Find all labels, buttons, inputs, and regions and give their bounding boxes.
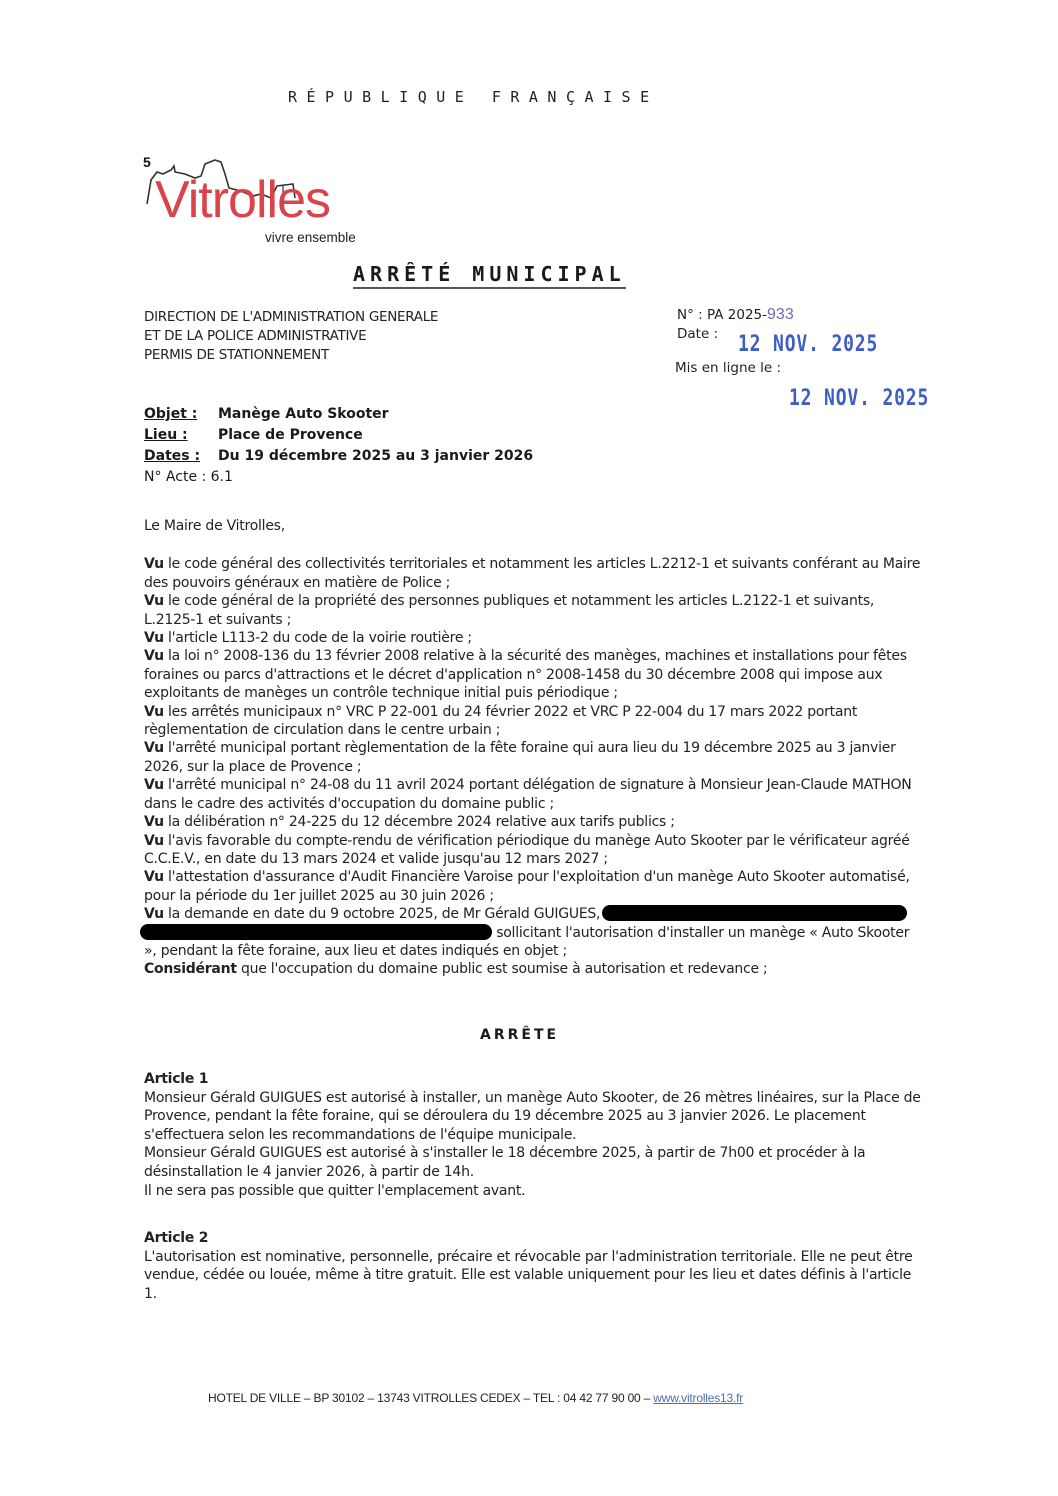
date-stamp: 12 NOV. 2025 xyxy=(738,332,878,357)
online-date-stamp: 12 NOV. 2025 xyxy=(789,386,929,411)
consideration-item: Vu l'arrêté municipal portant règlementa… xyxy=(144,739,924,776)
consideration-item: Vu le code général de la propriété des p… xyxy=(144,592,924,629)
consideration-item: Vu le code général des collectivités ter… xyxy=(144,555,924,592)
consideration-text: le code général de la propriété des pers… xyxy=(144,593,874,627)
consideration-item: Vu la loi n° 2008-136 du 13 février 2008… xyxy=(144,647,924,702)
request-consideration: Vu la demande en date du 9 octobre 2025,… xyxy=(144,905,924,960)
subject-block: Objet :Manège Auto Skooter Lieu :Place d… xyxy=(144,404,533,488)
consideration-lead: Vu xyxy=(144,833,164,849)
redaction-bar xyxy=(140,924,492,940)
consideration-lead: Vu xyxy=(144,704,164,720)
article-1: Article 1 Monsieur Gérald GUIGUES est au… xyxy=(144,1070,924,1200)
consideration-item: Vu l'attestation d'assurance d'Audit Fin… xyxy=(144,868,924,905)
greeting: Le Maire de Vitrolles, xyxy=(144,517,924,535)
article-title: Article 1 xyxy=(144,1070,924,1089)
logo-number: 5 xyxy=(143,154,151,170)
department-line: ET DE LA POLICE ADMINISTRATIVE xyxy=(144,327,438,346)
online-label: Mis en ligne le : xyxy=(675,360,781,376)
acte-number: N° Acte : 6.1 xyxy=(144,467,533,488)
decree-heading: ARRÊTE xyxy=(480,1027,559,1043)
consideration-lead: Vu xyxy=(144,648,164,664)
issuing-department: DIRECTION DE L'ADMINISTRATION GENERALE E… xyxy=(144,308,438,365)
consideration-text: les arrêtés municipaux n° VRC P 22-001 d… xyxy=(144,704,857,738)
article-paragraph: L'autorisation est nominative, personnel… xyxy=(144,1248,924,1304)
consideration-lead: Vu xyxy=(144,906,164,922)
lieu-label: Lieu : xyxy=(144,425,218,446)
dates-label: Dates : xyxy=(144,446,218,467)
redaction-bar xyxy=(602,905,907,921)
consideration-lead: Vu xyxy=(144,869,164,885)
logo-wordmark: Vitrolles xyxy=(155,174,330,226)
considering-text: que l'occupation du domaine public est s… xyxy=(237,961,768,977)
consideration-text: l'avis favorable du compte-rendu de véri… xyxy=(144,833,910,867)
consideration-text: la délibération n° 24-225 du 12 décembre… xyxy=(164,814,675,830)
document-title: ARRÊTÉ MUNICIPAL xyxy=(353,262,626,289)
consideration-text: la demande en date du 9 octobre 2025, de… xyxy=(164,906,600,922)
article-paragraph: Il ne sera pas possible que quitter l'em… xyxy=(144,1182,924,1201)
department-line: PERMIS DE STATIONNEMENT xyxy=(144,346,438,365)
consideration-item: Vu l'arrêté municipal n° 24-08 du 11 avr… xyxy=(144,776,924,813)
consideration-lead: Vu xyxy=(144,814,164,830)
article-2: Article 2 L'autorisation est nominative,… xyxy=(144,1229,924,1303)
objet-value: Manège Auto Skooter xyxy=(218,406,389,422)
preamble: Le Maire de Vitrolles, Vu le code généra… xyxy=(144,517,924,979)
republic-header: RÉPUBLIQUE FRANÇAISE xyxy=(288,88,659,106)
consideration-item: Vu l'article L113-2 du code de la voirie… xyxy=(144,629,924,647)
consideration-lead: Vu xyxy=(144,740,164,756)
consideration-text: l'attestation d'assurance d'Audit Financ… xyxy=(144,869,910,903)
lieu-value: Place de Provence xyxy=(218,427,363,443)
consideration-text: le code général des collectivités territ… xyxy=(144,556,920,590)
considering-clause: Considérant que l'occupation du domaine … xyxy=(144,960,924,978)
website-link[interactable]: www.vitrolles13.fr xyxy=(653,1391,743,1405)
considerations-list: Vu le code général des collectivités ter… xyxy=(144,555,924,905)
consideration-item: Vu l'avis favorable du compte-rendu de v… xyxy=(144,832,924,869)
logo-tagline: vivre ensemble xyxy=(265,230,356,245)
consideration-lead: Vu xyxy=(144,593,164,609)
article-paragraph: Monsieur Gérald GUIGUES est autorisé à s… xyxy=(144,1144,924,1181)
footer: HOTEL DE VILLE – BP 30102 – 13743 VITROL… xyxy=(208,1391,743,1405)
reference-number-handwritten: 933 xyxy=(767,306,794,323)
consideration-lead: Vu xyxy=(144,630,164,646)
reference-number-label: N° : PA 2025- xyxy=(677,307,767,323)
consideration-lead: Vu xyxy=(144,777,164,793)
consideration-text: l'article L113-2 du code de la voirie ro… xyxy=(164,630,472,646)
consideration-lead: Vu xyxy=(144,556,164,572)
consideration-text: la loi n° 2008-136 du 13 février 2008 re… xyxy=(144,648,907,701)
consideration-item: Vu les arrêtés municipaux n° VRC P 22-00… xyxy=(144,703,924,740)
considering-lead: Considérant xyxy=(144,961,237,977)
dates-value: Du 19 décembre 2025 au 3 janvier 2026 xyxy=(218,448,533,464)
article-paragraph: Monsieur Gérald GUIGUES est autorisé à i… xyxy=(144,1089,924,1145)
consideration-item: Vu la délibération n° 24-225 du 12 décem… xyxy=(144,813,924,831)
city-logo: 5 Vitrolles vivre ensemble xyxy=(143,152,393,252)
footer-address: HOTEL DE VILLE – BP 30102 – 13743 VITROL… xyxy=(208,1391,653,1405)
objet-label: Objet : xyxy=(144,404,218,425)
department-line: DIRECTION DE L'ADMINISTRATION GENERALE xyxy=(144,308,438,327)
consideration-text: l'arrêté municipal portant règlementatio… xyxy=(144,740,896,774)
consideration-text: l'arrêté municipal n° 24-08 du 11 avril … xyxy=(144,777,912,811)
article-title: Article 2 xyxy=(144,1229,924,1248)
